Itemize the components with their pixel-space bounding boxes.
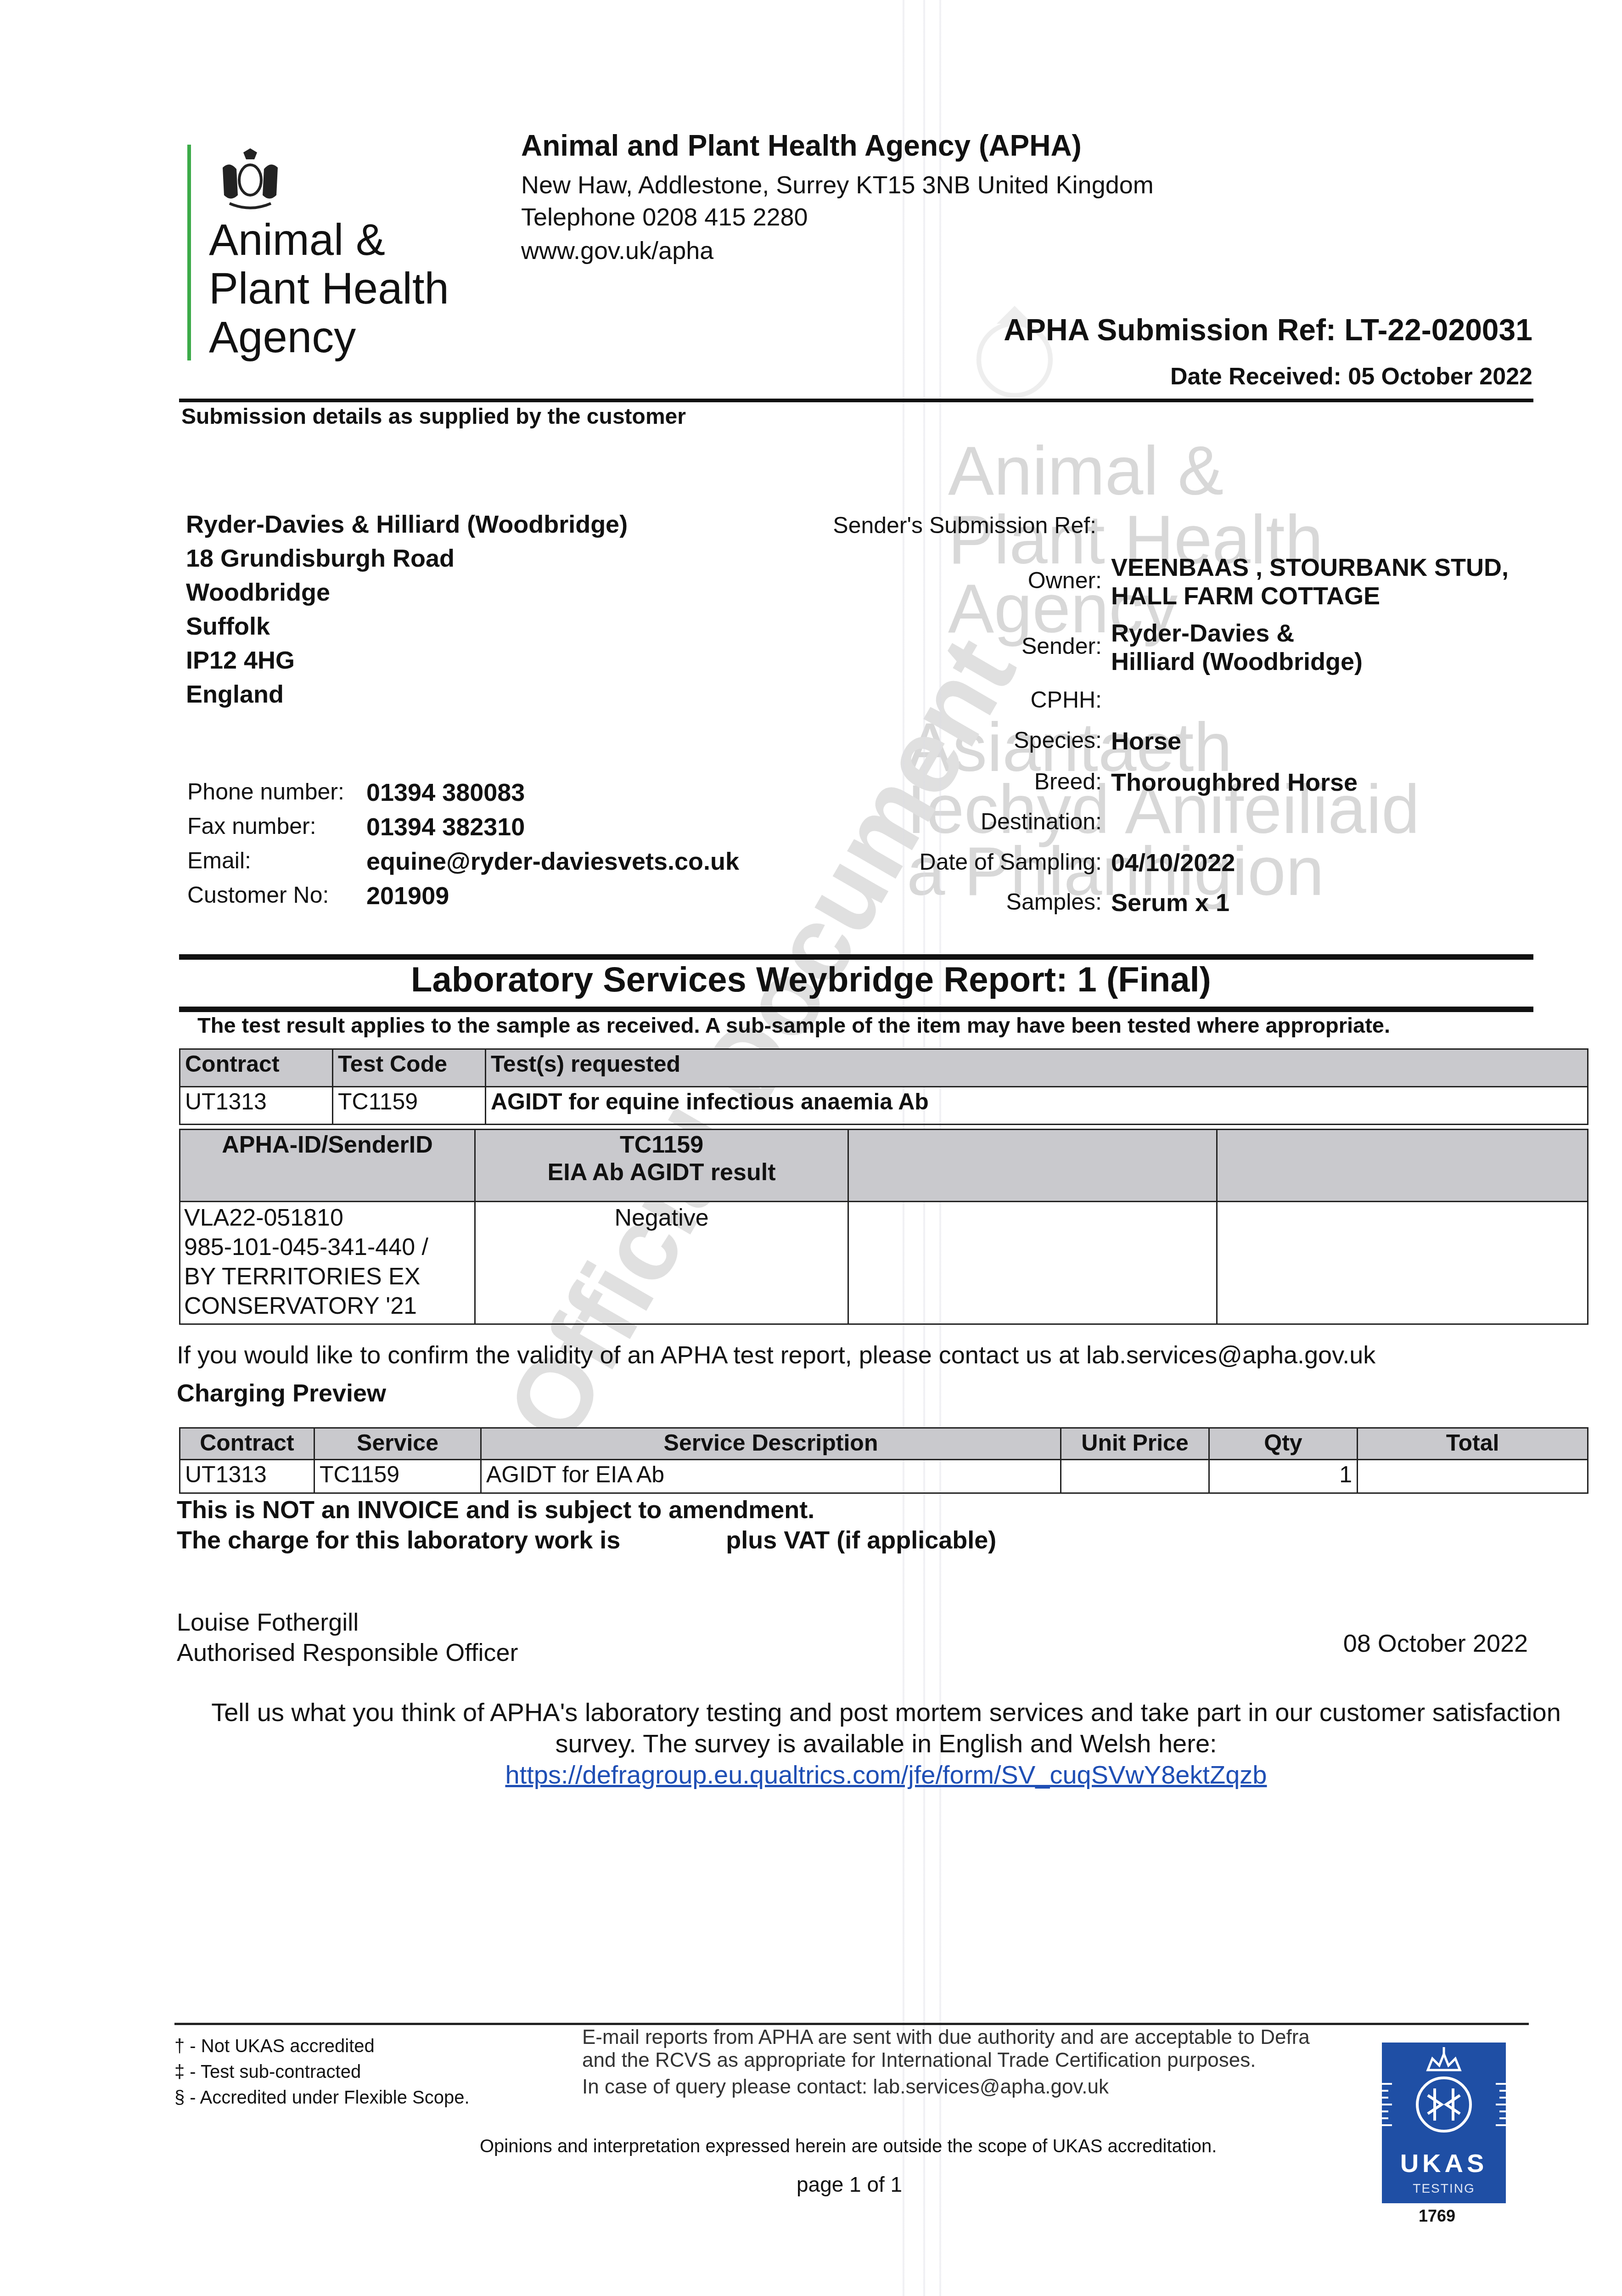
agency-website[interactable]: www.gov.uk/apha <box>521 236 713 265</box>
cell-empty <box>1217 1202 1588 1324</box>
date-received: Date Received: 05 October 2022 <box>1170 363 1532 390</box>
cell-service-description: AGIDT for EIA Ab <box>481 1460 1061 1493</box>
table-row: UT1313 TC1159 AGIDT for equine infectiou… <box>180 1087 1588 1125</box>
contact-customer-no: Customer No: 201909 <box>187 882 449 910</box>
cell-total <box>1358 1460 1588 1493</box>
ukas-badge: UKAS TESTING <box>1382 2043 1506 2203</box>
detail-sender: Sender: Ryder-Davies & Hilliard (Woodbri… <box>780 619 1561 676</box>
contact-email: Email: equine@ryder-daviesvets.co.uk <box>187 847 739 876</box>
detail-date-of-sampling: Date of Sampling: 04/10/2022 <box>780 849 1561 877</box>
report-date: 08 October 2022 <box>1343 1629 1528 1658</box>
column-header: Service Description <box>481 1428 1061 1460</box>
detail-owner: Owner: VEENBAAS , STOURBANK STUD, HALL F… <box>780 553 1561 610</box>
customer-address: Ryder-Davies & Hilliard (Woodbridge) 18 … <box>186 507 628 711</box>
agency-address: New Haw, Addlestone, Surrey KT15 3NB Uni… <box>521 171 1154 199</box>
survey-link[interactable]: https://defragroup.eu.qualtrics.com/jfe/… <box>505 1760 1267 1789</box>
detail-breed: Breed: Thoroughbred Horse <box>780 768 1561 797</box>
ukas-opinions-note: Opinions and interpretation expressed he… <box>480 2136 1217 2157</box>
table-header-row: APHA-ID/SenderID TC1159 EIA Ab AGIDT res… <box>180 1130 1588 1202</box>
page-number: page 1 of 1 <box>797 2172 902 2197</box>
signatory-title: Authorised Responsible Officer <box>177 1638 518 1668</box>
column-header: Test(s) requested <box>486 1049 1588 1087</box>
column-header: Unit Price <box>1061 1428 1209 1460</box>
logo-green-bar <box>187 145 191 360</box>
detail-species: Species: Horse <box>780 727 1561 755</box>
cell-unit-price <box>1061 1460 1209 1493</box>
charging-table: Contract Service Service Description Uni… <box>179 1427 1588 1494</box>
contact-phone: Phone number: 01394 380083 <box>187 778 525 807</box>
agency-telephone: Telephone 0208 415 2280 <box>521 203 808 231</box>
cell-qty: 1 <box>1209 1460 1358 1493</box>
survey-notice: Tell us what you think of APHA's laborat… <box>174 1697 1598 1790</box>
cell-test-code: TC1159 <box>333 1087 486 1125</box>
detail-senders-ref: Sender's Submission Ref: <box>692 512 1473 539</box>
column-header-empty <box>848 1130 1217 1202</box>
contact-fax: Fax number: 01394 382310 <box>187 813 525 841</box>
signatory-name: Louise Fothergill <box>177 1607 518 1638</box>
agency-name: Animal and Plant Health Agency (APHA) <box>521 129 1082 163</box>
email-disclaimer: E-mail reports from APHA are sent with d… <box>582 2026 1317 2099</box>
signatory: Louise Fothergill Authorised Responsible… <box>177 1607 518 1668</box>
divider <box>179 399 1533 402</box>
column-header: Contract <box>180 1428 314 1460</box>
table-row: VLA22-051810 985-101-045-341-440 / BY TE… <box>180 1202 1588 1324</box>
cell-contract: UT1313 <box>180 1087 333 1125</box>
cell-service: TC1159 <box>314 1460 481 1493</box>
column-header: Test Code <box>333 1049 486 1087</box>
cell-test-requested: AGIDT for equine infectious anaemia Ab <box>486 1087 1588 1125</box>
divider <box>174 2023 1529 2025</box>
agency-logo-text: Animal & Plant Health Agency <box>209 216 449 362</box>
table-header-row: Contract Test Code Test(s) requested <box>180 1049 1588 1087</box>
cell-result: Negative <box>475 1202 848 1324</box>
report-note: The test result applies to the sample as… <box>197 1013 1390 1038</box>
detail-destination: Destination: <box>780 808 1561 835</box>
tests-requested-table: Contract Test Code Test(s) requested UT1… <box>179 1048 1588 1125</box>
column-header: Contract <box>180 1049 333 1087</box>
table-row: UT1313 TC1159 AGIDT for EIA Ab 1 <box>180 1460 1588 1493</box>
watermark-crest-icon <box>955 294 1074 413</box>
column-header: Qty <box>1209 1428 1358 1460</box>
cell-empty <box>848 1202 1217 1324</box>
column-header-tc1159: TC1159 EIA Ab AGIDT result <box>475 1130 848 1202</box>
column-header: Total <box>1358 1428 1588 1460</box>
submission-ref: APHA Submission Ref: LT-22-020031 <box>1004 312 1532 347</box>
watermark-text: Animal & Plant Health Agency <box>948 436 1323 643</box>
column-header: Service <box>314 1428 481 1460</box>
section-label: Submission details as supplied by the cu… <box>181 404 686 429</box>
divider <box>179 1007 1533 1012</box>
footnotes: † - Not UKAS accredited ‡ - Test sub-con… <box>174 2033 470 2110</box>
invoice-notice: This is NOT an INVOICE and is subject to… <box>177 1495 996 1555</box>
report-title: Laboratory Services Weybridge Report: 1 … <box>0 960 1622 1000</box>
column-header-empty <box>1217 1130 1588 1202</box>
detail-samples: Samples: Serum x 1 <box>780 889 1561 917</box>
table-header-row: Contract Service Service Description Uni… <box>180 1428 1588 1460</box>
royal-crest-icon <box>207 147 294 216</box>
cell-sample-id: VLA22-051810 985-101-045-341-440 / BY TE… <box>180 1202 475 1324</box>
charging-heading: Charging Preview <box>177 1379 386 1407</box>
validity-notice: If you would like to confirm the validit… <box>177 1341 1375 1369</box>
cell-contract: UT1313 <box>180 1460 314 1493</box>
ukas-accreditation-number: 1769 <box>1419 2206 1455 2226</box>
column-header-apha-id: APHA-ID/SenderID <box>180 1130 475 1202</box>
results-table: APHA-ID/SenderID TC1159 EIA Ab AGIDT res… <box>179 1129 1588 1325</box>
divider <box>179 954 1533 960</box>
ukas-crown-icon <box>1382 2043 1506 2148</box>
detail-cphh: CPHH: <box>780 687 1561 713</box>
